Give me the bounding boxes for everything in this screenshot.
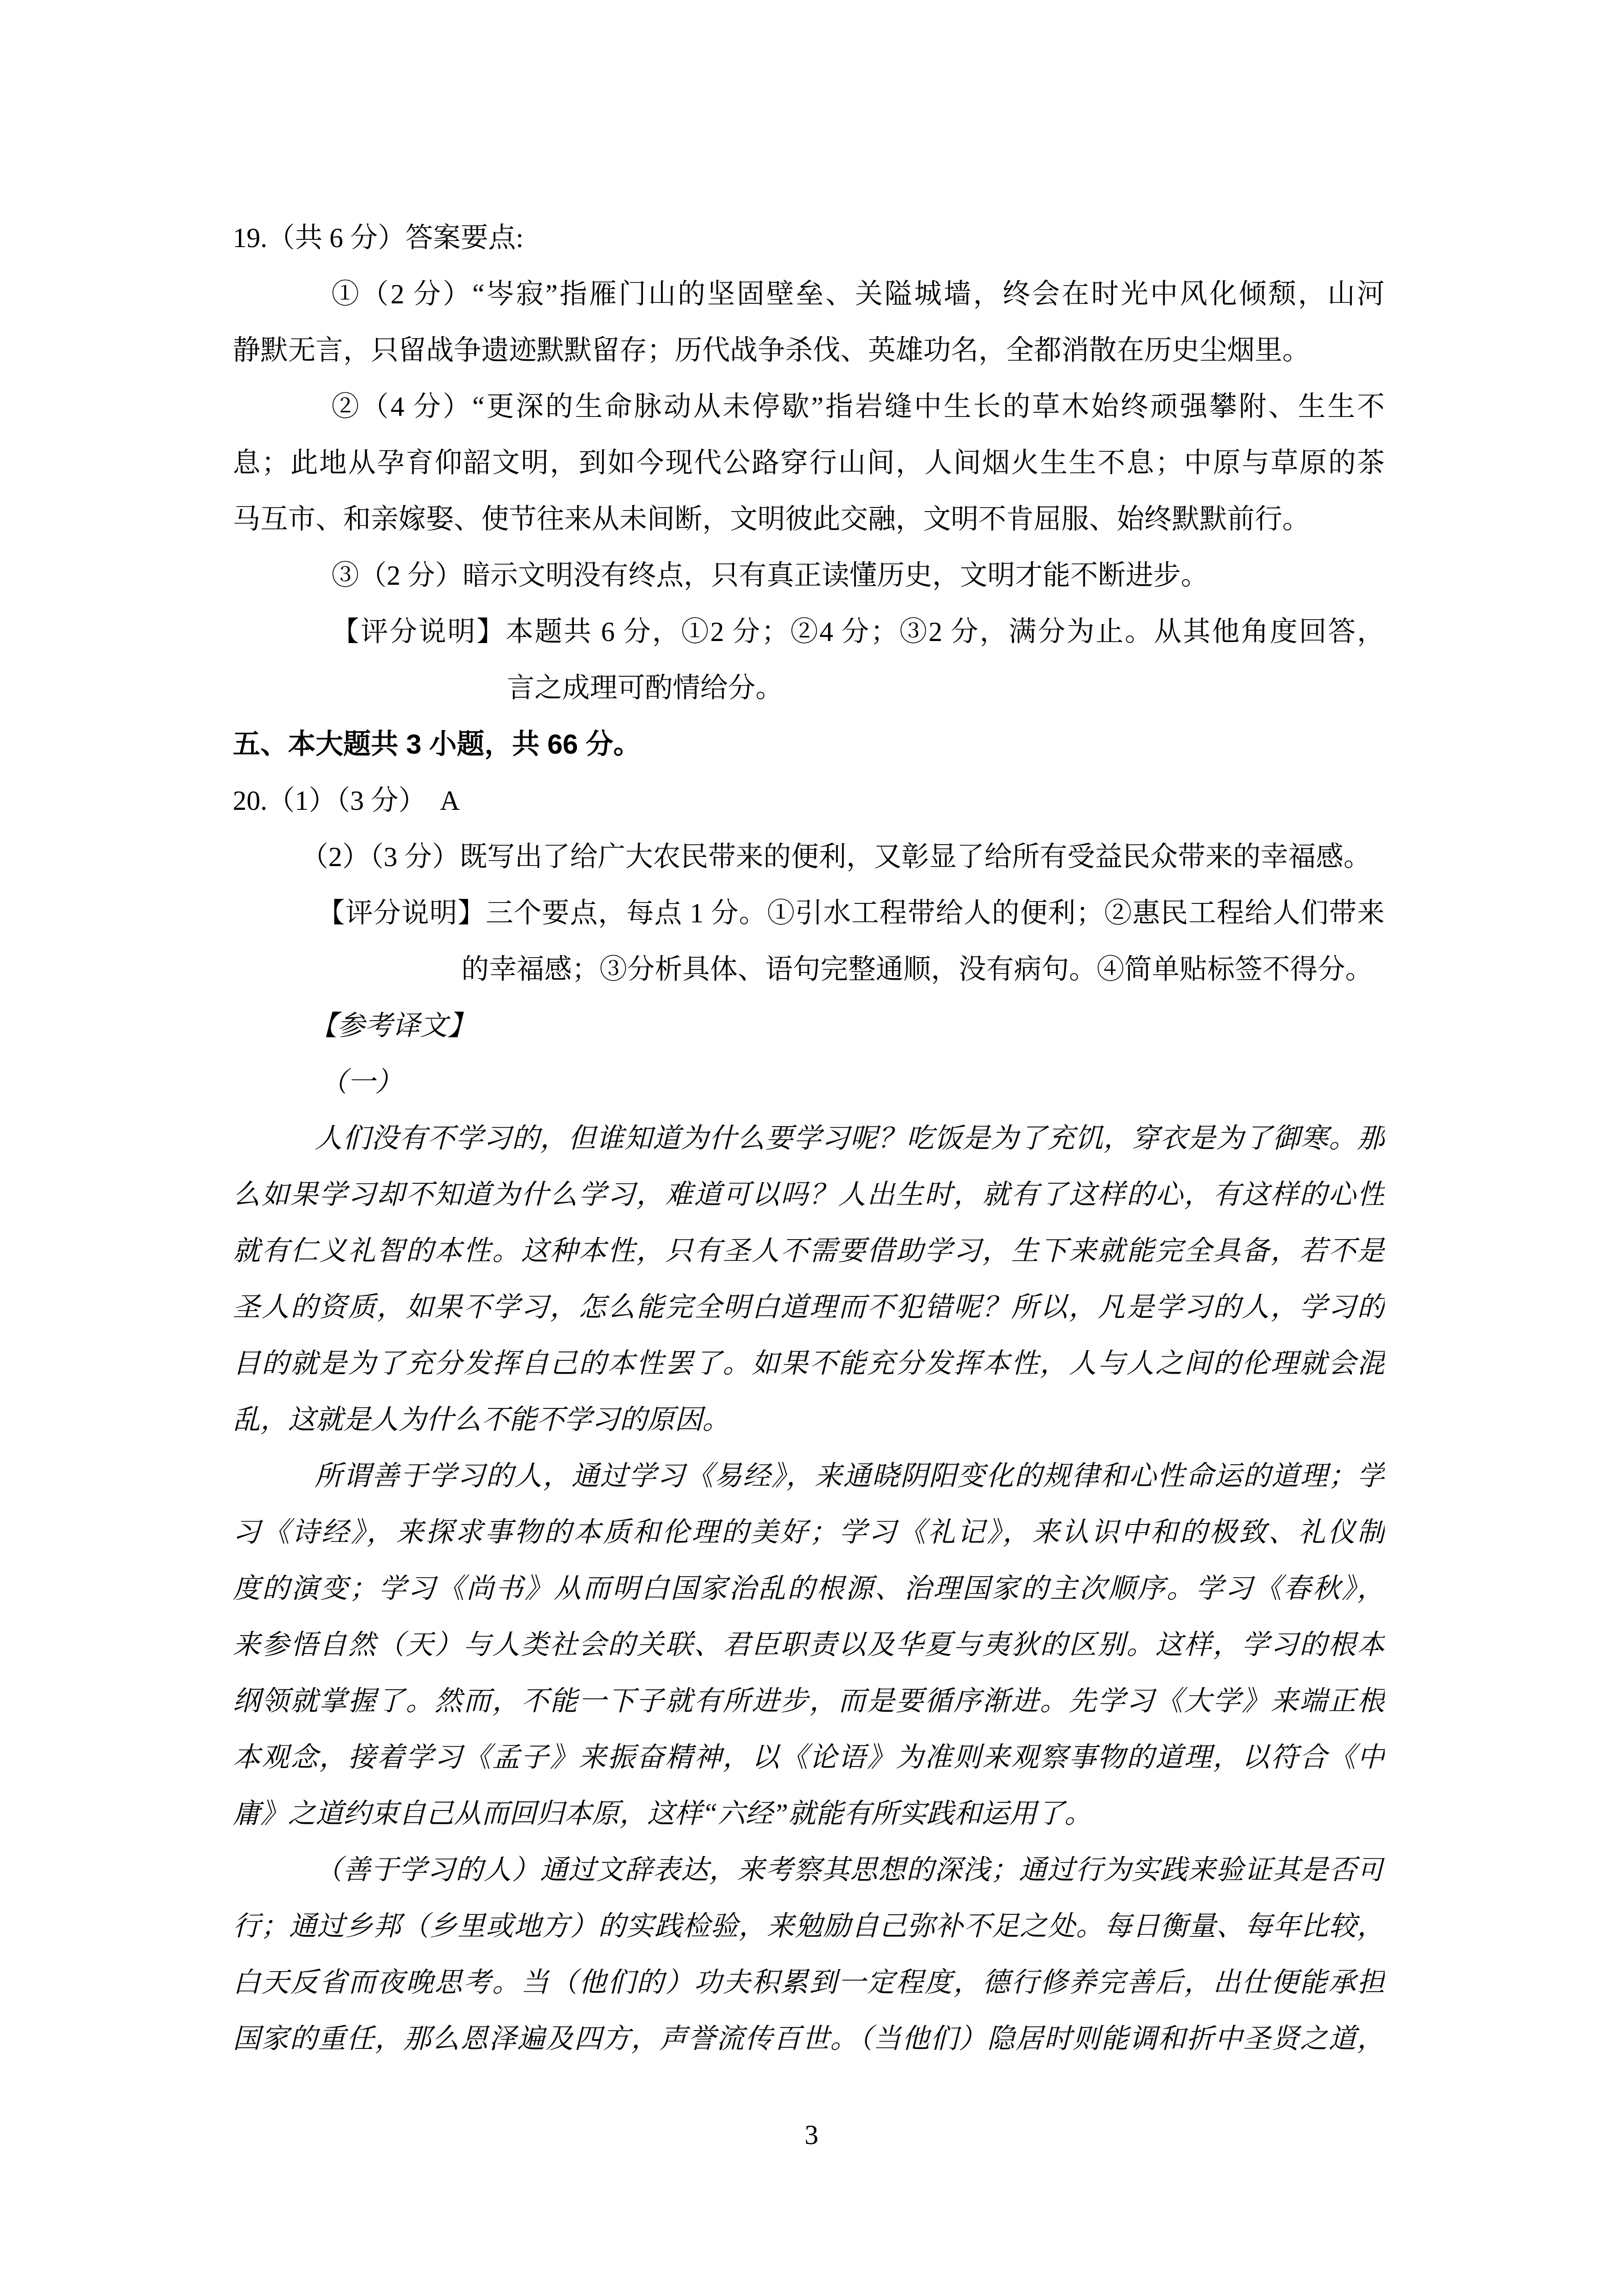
page-number: 3	[0, 2112, 1623, 2158]
translation-para2-line1: 所谓善于学习的人，通过学习《易经》，来通晓阴阳变化的规律和心性命运的道理；学	[233, 1448, 1385, 1504]
translation-para1-line4: 圣人的资质，如果不学习，怎么能完全明白道理而不犯错呢？所以，凡是学习的人，学习的	[233, 1279, 1385, 1335]
document-page: 19.（共 6 分）答案要点: ①（2 分）“岑寂”指雁门山的坚固壁垒、关隘城墙…	[0, 0, 1623, 2296]
section5-heading: 五、本大题共 3 小题，共 66 分。	[233, 716, 1385, 772]
reference-translation-label: 【参考译文】	[233, 998, 1385, 1054]
translation-para1-line5: 目的就是为了充分发挥自己的本性罢了。如果不能充分发挥本性，人与人之间的伦理就会混	[233, 1335, 1385, 1392]
answer19-scoring-note-line1: 【评分说明】本题共 6 分，①2 分；②4 分；③2 分，满分为止。从其他角度回…	[233, 604, 1385, 660]
translation-para2-line3: 度的演变；学习《尚书》从而明白国家治乱的根源、治理国家的主次顺序。学习《春秋》，	[233, 1560, 1385, 1617]
answer20-q2: （2）（3 分）既写出了给广大农民带来的便利，又彰显了给所有受益民众带来的幸福感…	[233, 829, 1385, 885]
answer19-scoring-note-line2: 言之成理可酌情给分。	[233, 660, 1385, 716]
answer19-point2-line1: ②（4 分）“更深的生命脉动从未停歇”指岩缝中生长的草木始终顽强攀附、生生不	[233, 379, 1385, 435]
answer19-heading: 19.（共 6 分）答案要点:	[233, 210, 1385, 266]
translation-para1-line1: 人们没有不学习的，但谁知道为什么要学习呢？吃饭是为了充饥，穿衣是为了御寒。那	[233, 1110, 1385, 1166]
answer20-q1: 20.（1）（3 分） A	[233, 772, 1385, 829]
answer19-point2-line3: 马互市、和亲嫁娶、使节往来从未间断，文明彼此交融，文明不肯屈服、始终默默前行。	[233, 491, 1385, 547]
translation-para3-line2: 行；通过乡邦（乡里或地方）的实践检验，来勉励自己弥补不足之处。每日衡量、每年比较…	[233, 1898, 1385, 1954]
translation-para3-line4: 国家的重任，那么恩泽遍及四方，声誉流传百世。（当他们）隐居时则能调和折中圣贤之道…	[233, 2011, 1385, 2067]
translation-part-one-label: （一）	[233, 1054, 1385, 1110]
translation-para2-line6: 本观念，接着学习《孟子》来振奋精神，以《论语》为准则来观察事物的道理，以符合《中	[233, 1729, 1385, 1785]
translation-para3-line3: 白天反省而夜晚思考。当（他们的）功夫积累到一定程度，德行修养完善后，出仕便能承担	[233, 1954, 1385, 2011]
answer20-scoring-note-line1: 【评分说明】三个要点，每点 1 分。①引水工程带给人的便利；②惠民工程给人们带来	[233, 885, 1385, 941]
answer20-scoring-note-line2: 的幸福感；③分析具体、语句完整通顺，没有病句。④简单贴标签不得分。	[233, 941, 1385, 998]
answer19-point3: ③（2 分）暗示文明没有终点，只有真正读懂历史，文明才能不断进步。	[233, 547, 1385, 604]
translation-para1-line3: 就有仁义礼智的本性。这种本性，只有圣人不需要借助学习，生下来就能完全具备，若不是	[233, 1223, 1385, 1279]
answer19-point2-line2: 息；此地从孕育仰韶文明，到如今现代公路穿行山间，人间烟火生生不息；中原与草原的茶	[233, 435, 1385, 491]
translation-para1-line2: 么如果学习却不知道为什么学习，难道可以吗？人出生时，就有了这样的心，有这样的心性	[233, 1166, 1385, 1223]
translation-para2-line4: 来参悟自然（天）与人类社会的关联、君臣职责以及华夏与夷狄的区别。这样，学习的根本	[233, 1617, 1385, 1673]
translation-para1-line6: 乱，这就是人为什么不能不学习的原因。	[233, 1392, 1385, 1448]
translation-para2-line2: 习《诗经》，来探求事物的本质和伦理的美好；学习《礼记》，来认识中和的极致、礼仪制	[233, 1504, 1385, 1560]
translation-para2-line5: 纲领就掌握了。然而，不能一下子就有所进步，而是要循序渐进。先学习《大学》来端正根	[233, 1673, 1385, 1729]
translation-para3-line1: （善于学习的人）通过文辞表达，来考察其思想的深浅；通过行为实践来验证其是否可	[233, 1842, 1385, 1898]
answer19-point1-line1: ①（2 分）“岑寂”指雁门山的坚固壁垒、关隘城墙，终会在时光中风化倾颓，山河	[233, 266, 1385, 322]
answer19-point1-line2: 静默无言，只留战争遗迹默默留存；历代战争杀伐、英雄功名，全都消散在历史尘烟里。	[233, 322, 1385, 379]
answer-key-content: 19.（共 6 分）答案要点: ①（2 分）“岑寂”指雁门山的坚固壁垒、关隘城墙…	[233, 210, 1385, 2067]
translation-para2-line7: 庸》之道约束自己从而回归本原，这样“六经”就能有所实践和运用了。	[233, 1785, 1385, 1842]
